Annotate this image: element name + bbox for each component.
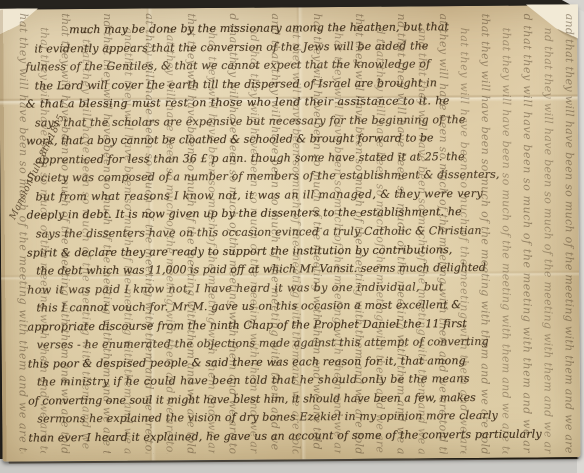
letter-page: and that they will have been so much of … bbox=[0, 5, 581, 462]
handwritten-text-layer: much may be done by the missionary among… bbox=[25, 17, 576, 455]
letter-scan: and that they will have been so much of … bbox=[0, 0, 584, 473]
